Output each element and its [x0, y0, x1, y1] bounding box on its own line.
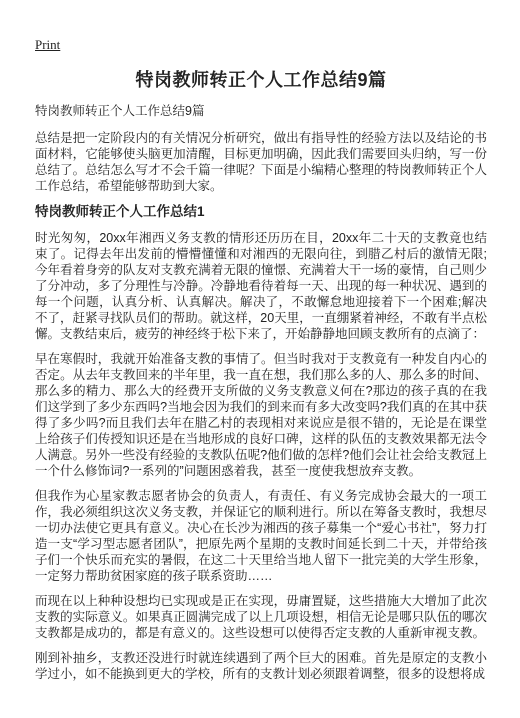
section-1-paragraph-2: 早在寒假时，我就开始准备支教的事情了。但当时我对于支教竟有一种发自内心的否定。从… [35, 351, 487, 479]
section-1-paragraph-3: 但我作为心星家教志愿者协会的负责人，有责任、有义务完成协会最大的一项工作，我必须… [35, 488, 487, 584]
page-title: 特岗教师转正个人工作总结9篇 [35, 68, 487, 92]
document-page: Print 特岗教师转正个人工作总结9篇 特岗教师转正个人工作总结9篇 总结是把… [0, 0, 520, 718]
section-1-paragraph-5: 刚到补抽乡，支教还没进行时就连续遇到了两个巨大的困难。首先是原定的支教小学过小，… [35, 650, 487, 682]
section-1-paragraph-4: 而现在以上种种设想均已实现或是正在实现，毋庸置疑，这些措施大大增加了此次支教的实… [35, 593, 487, 641]
section-1-paragraph-1: 时光匆匆，20xx年湘西义务支教的情形还历历在目，20xx年二十天的支教竟也结束… [35, 230, 487, 342]
print-link[interactable]: Print [35, 37, 60, 52]
section-1-heading: 特岗教师转正个人工作总结1 [35, 203, 487, 221]
intro-paragraph: 总结是把一定阶段内的有关情况分析研究，做出有指导性的经验方法以及结论的书面材料，… [35, 130, 487, 194]
page-subtitle: 特岗教师转正个人工作总结9篇 [35, 103, 487, 119]
